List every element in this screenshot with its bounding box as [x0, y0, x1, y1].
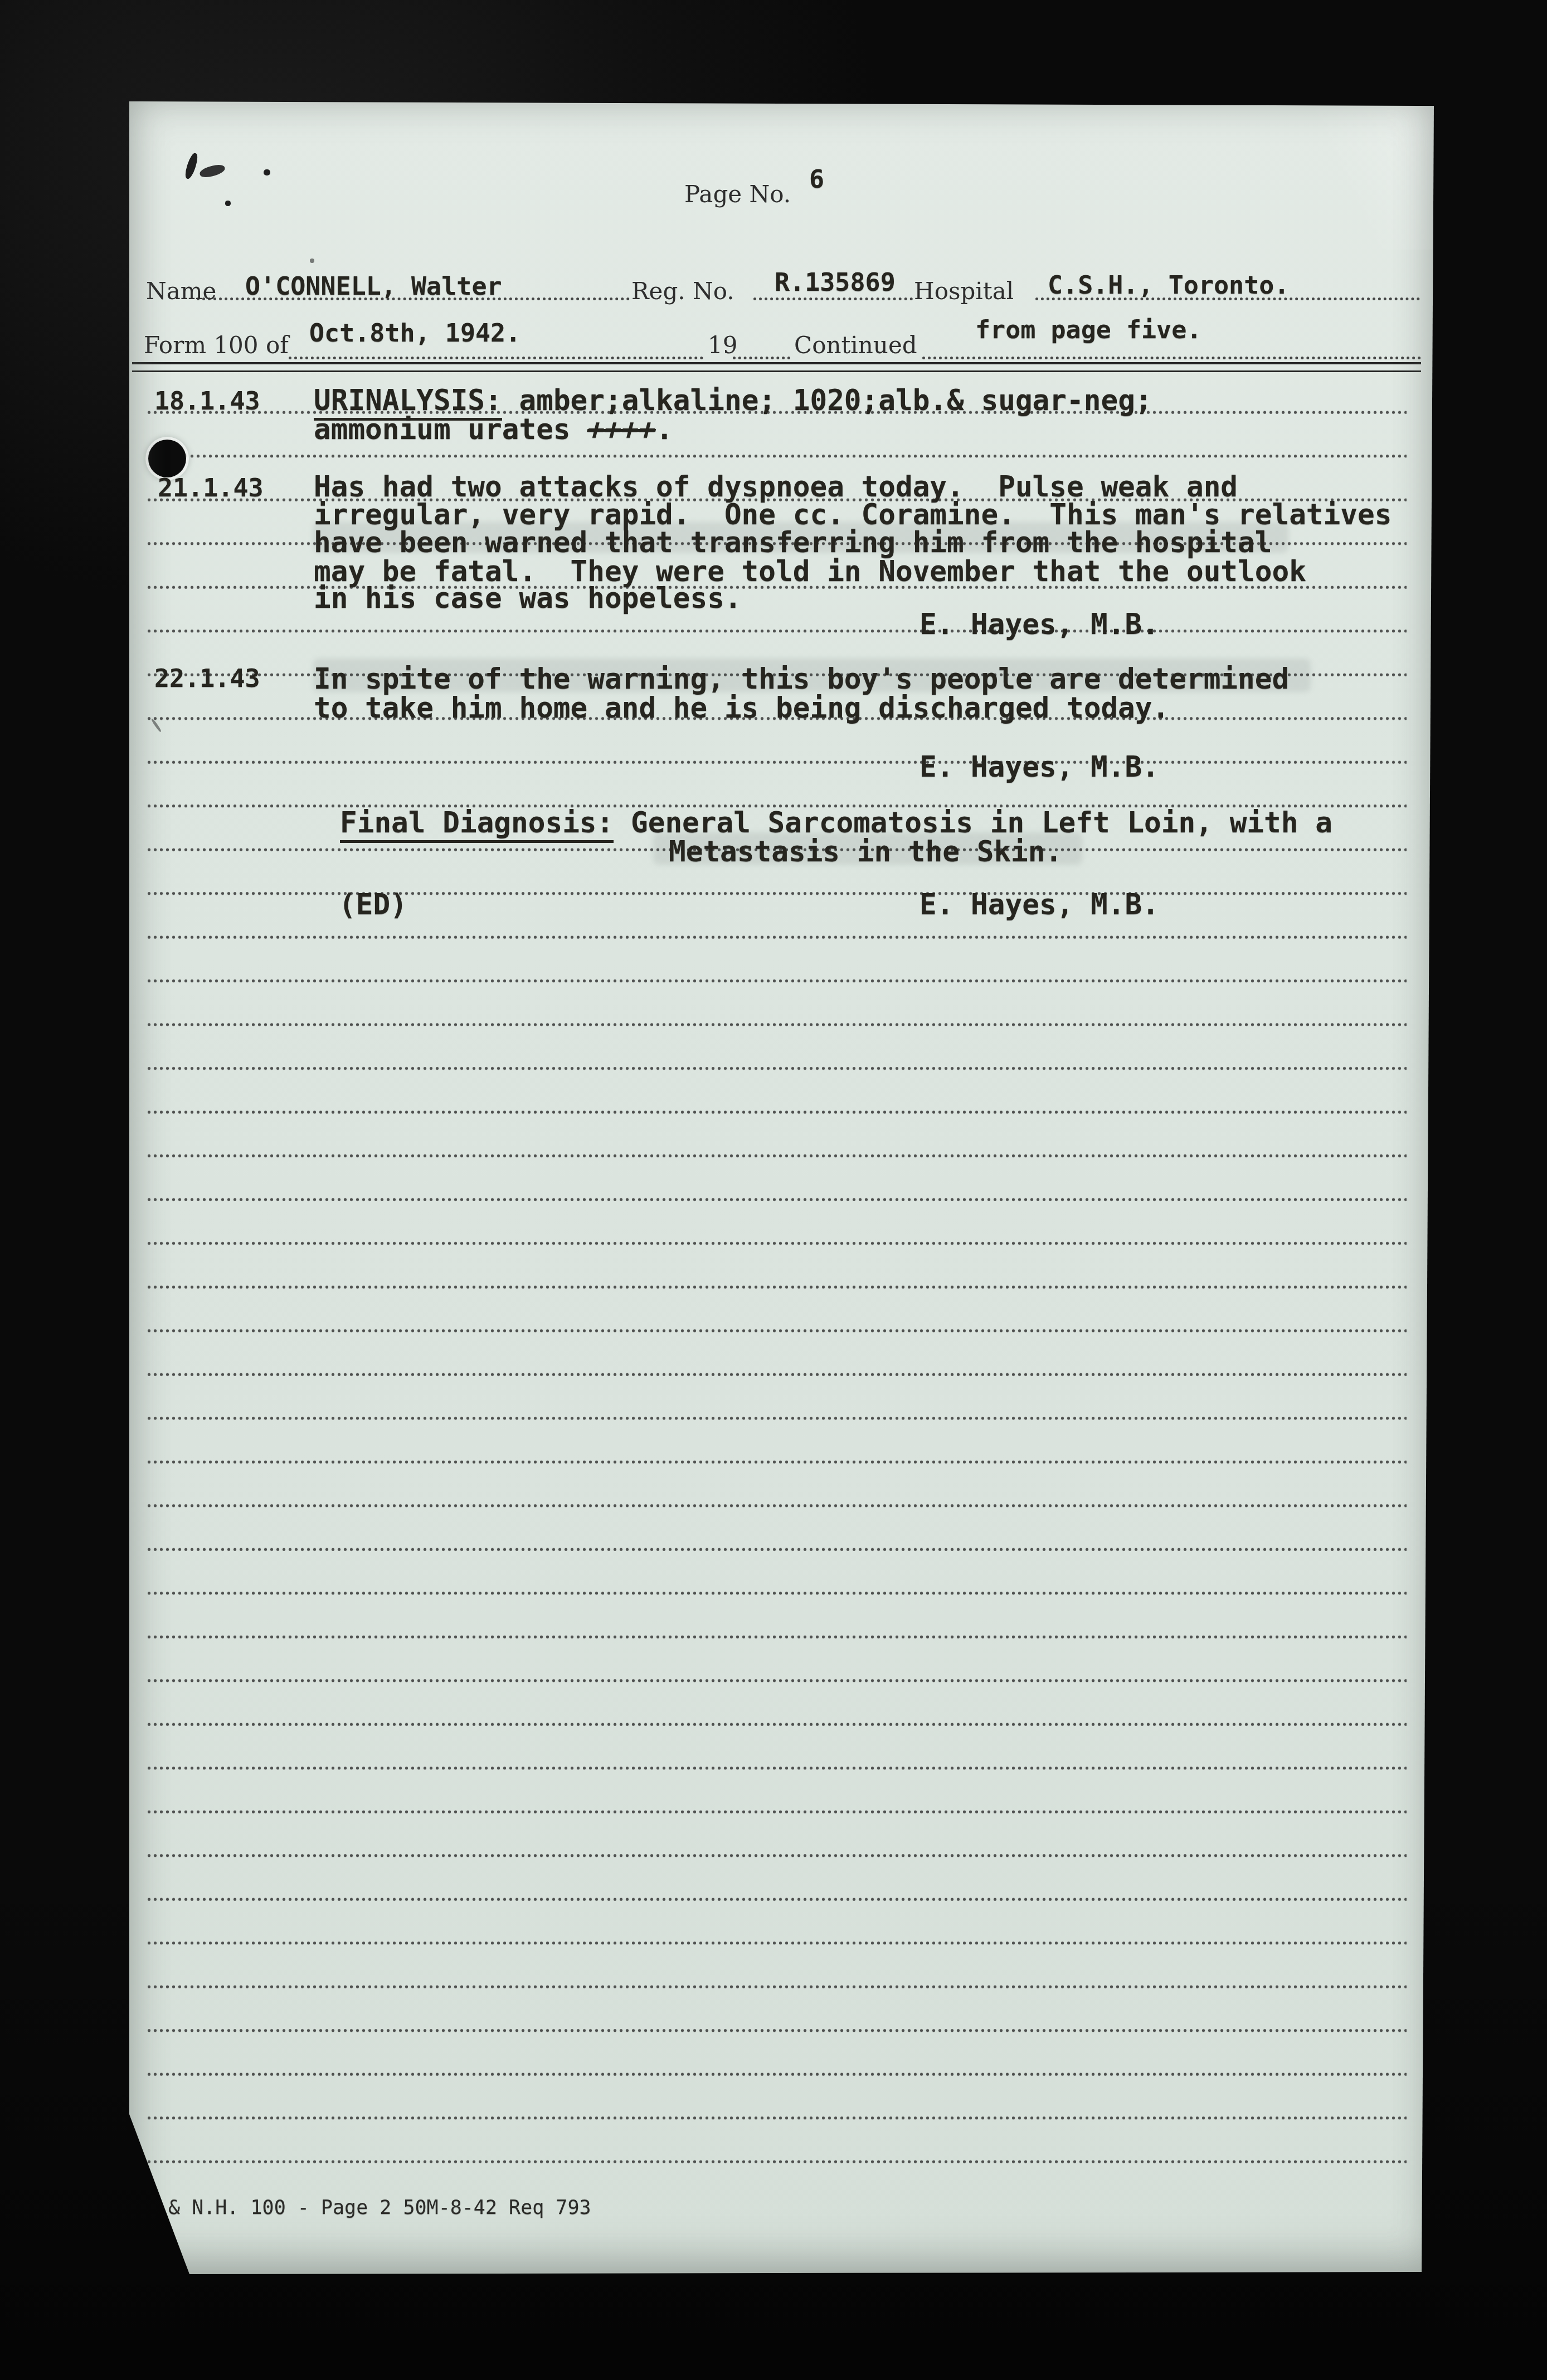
form-date-value: Oct.8th, 1942.: [309, 318, 520, 348]
continued-value: from page five.: [975, 315, 1201, 344]
entry-signature: E. Hayes, M.B.: [920, 608, 1159, 641]
dotted-rule: [753, 297, 913, 300]
page-no-value: 6: [809, 164, 824, 194]
entry-line: Final Diagnosis: General Sarcomatosis in…: [340, 807, 1332, 840]
ink-smudge: [150, 718, 162, 733]
form-100-label: Form 100 of: [144, 331, 289, 359]
ink-smudge: [183, 152, 200, 180]
entry-signature: E. Hayes, M.B.: [920, 751, 1159, 784]
punch-hole: [148, 440, 186, 477]
document-page: Page No. 6 Name O'CONNELL, Walter Reg. N…: [129, 101, 1434, 2274]
ruled-lines: [146, 391, 1407, 2173]
entry-line-text: amber;alkaline; 1020;alb.& sugar-neg;: [502, 384, 1152, 417]
name-value: O'CONNELL, Walter: [245, 271, 502, 301]
reg-no-value: R.135869: [775, 267, 896, 297]
dotted-rule: [289, 357, 703, 359]
ink-smudge: [198, 163, 226, 179]
final-diagnosis-heading: Final Diagnosis:: [340, 807, 614, 843]
entry-line: to take him home and he is being dischar…: [314, 692, 1169, 725]
entry-line: Metastasis in the Skin.: [669, 836, 1062, 869]
entry-date: 18.1.43: [154, 386, 260, 416]
hospital-value: C.S.H., Toronto.: [1048, 270, 1289, 300]
hospital-label: Hospital: [914, 277, 1014, 305]
entry-line: In spite of the warning, this boy's peop…: [314, 663, 1289, 696]
plus-marks: ++++: [583, 413, 660, 446]
footer-imprint: & N.H. 100 - Page 2 50M-8-42 Req 793: [168, 2197, 591, 2219]
entry-line-text: ammonium urates: [314, 413, 587, 446]
entry-signature: E. Hayes, M.B.: [920, 889, 1159, 921]
dotted-rule: [922, 357, 1421, 359]
entry-date: 21.1.43: [158, 473, 264, 503]
ink-smudge: [225, 201, 231, 206]
entry-line: have been warned that transferring him f…: [314, 526, 1272, 559]
year-label: 19: [708, 331, 737, 359]
name-label: Name: [146, 277, 216, 305]
ed-initials: (ED): [339, 889, 407, 921]
reg-no-label: Reg. No.: [631, 277, 734, 305]
dotted-rule: [733, 357, 790, 359]
continued-label: Continued: [794, 331, 917, 359]
entry-line: in his case was hopeless.: [314, 582, 742, 615]
header-divider: [132, 362, 1421, 372]
entry-line-text: General Sarcomatosis in Left Loin, with …: [614, 807, 1332, 840]
scan-background: Page No. 6 Name O'CONNELL, Walter Reg. N…: [0, 0, 1547, 2380]
entry-line: URINALYSIS: amber;alkaline; 1020;alb.& s…: [314, 384, 1152, 417]
ink-smudge: [264, 169, 270, 175]
corner-fold: [1267, 105, 1434, 250]
page-no-label: Page No.: [684, 181, 791, 208]
entry-date: 22.1.43: [154, 664, 260, 693]
ink-smudge: [310, 259, 314, 263]
entry-line: ammonium urates ++++.: [314, 413, 673, 446]
